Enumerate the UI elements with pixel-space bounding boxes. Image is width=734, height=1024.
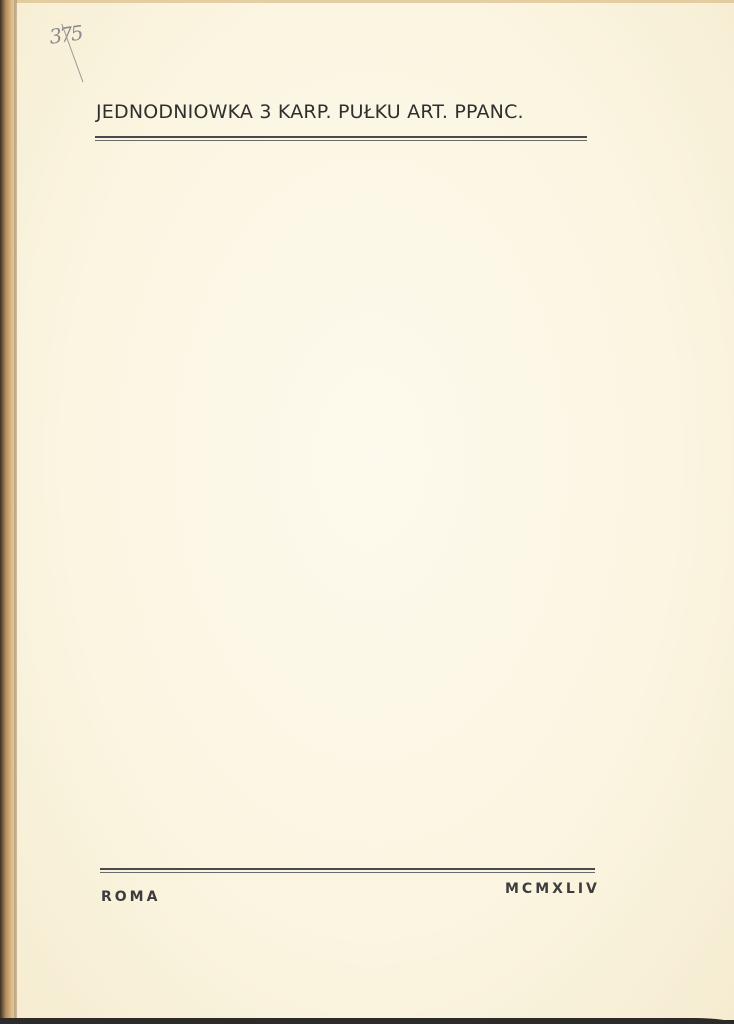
cover-title: JEDNODNIOWKA 3 KARP. PUŁKU ART. PPANC. <box>96 101 596 123</box>
spine-fold <box>14 0 17 1020</box>
paper-top-edge <box>8 0 734 3</box>
document-cover <box>8 0 734 1020</box>
title-double-rule <box>95 136 587 141</box>
page-bottom-shadow <box>0 1018 734 1024</box>
footer-double-rule <box>100 868 595 873</box>
publication-place: ROMA <box>101 889 160 905</box>
publication-year: MCMXLIV <box>505 881 600 897</box>
